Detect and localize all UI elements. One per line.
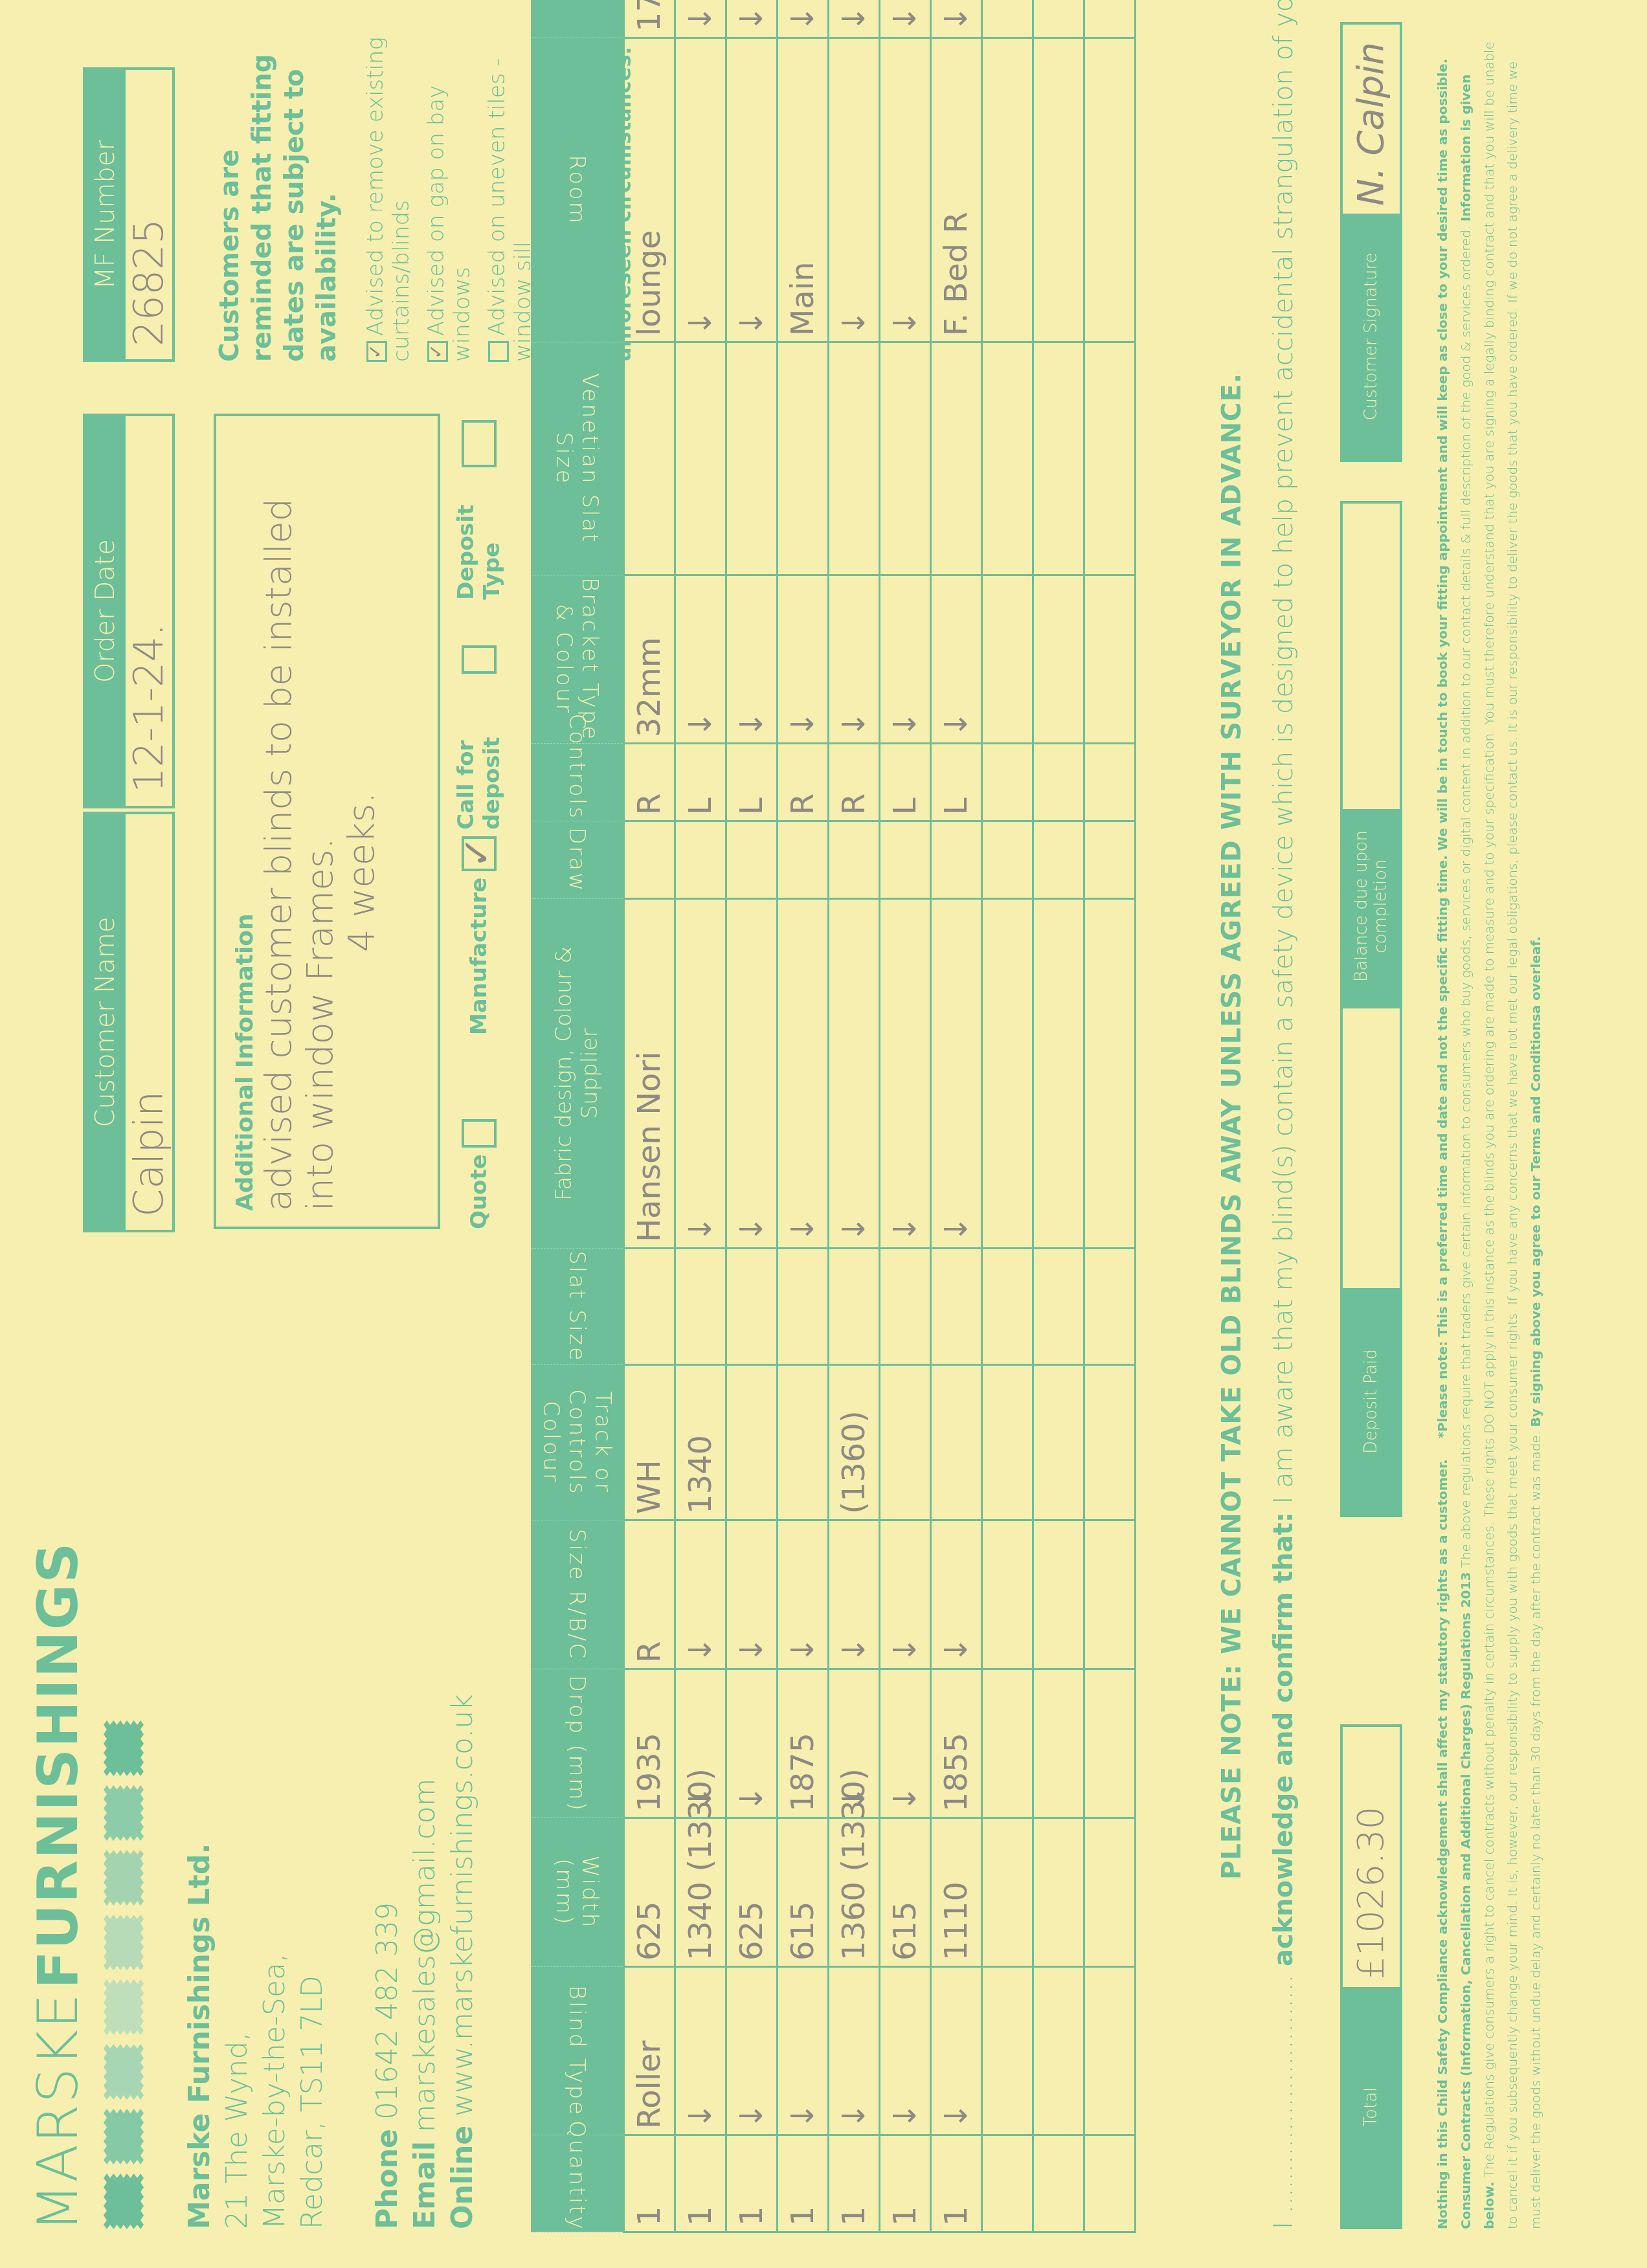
cell-drop[interactable]: ↓ (829, 1669, 880, 1818)
col-width: Width (mm) (531, 1818, 624, 1967)
cell-quantity[interactable]: 1 (675, 2135, 726, 2232)
cell-fabric[interactable]: ↓ (829, 899, 880, 1249)
cell-fabric[interactable]: ↓ (880, 899, 931, 1249)
cell-track-colour[interactable]: WH (624, 1365, 675, 1520)
cell-control-length[interactable] (1084, 0, 1136, 38)
cell-blind-type[interactable] (982, 1967, 1033, 2135)
cell-venetian-slat[interactable] (982, 342, 1033, 575)
cell-draw[interactable] (880, 821, 931, 899)
cell-size[interactable]: ↓ (829, 1520, 880, 1669)
cell-track-colour[interactable] (726, 1365, 778, 1520)
additional-info-line-2: into window Frames. (300, 432, 341, 1211)
swatch-icon (104, 1979, 144, 2035)
cell-room[interactable]: F. Bed R (931, 38, 982, 342)
cell-track-colour[interactable]: 1340 (675, 1365, 726, 1520)
ack-name-blank[interactable]: I ............................. (1269, 1975, 1299, 2229)
manufacture-checkbox[interactable] (462, 836, 497, 871)
cell-room[interactable] (1084, 38, 1136, 342)
balance-due-box: Balance due upon completion (1340, 501, 1402, 1006)
deposit-paid-field[interactable] (1343, 1008, 1400, 1288)
ack-text: I am aware that my blind(s) contain a sa… (1269, 0, 1299, 1504)
cell-size[interactable] (1033, 1520, 1084, 1669)
cell-room[interactable]: lounge (624, 38, 675, 342)
cell-track-colour[interactable] (880, 1365, 931, 1520)
col-venetian-slat: Venetian Slat Size (531, 342, 624, 575)
cell-bracket[interactable] (1033, 575, 1084, 744)
table-row: 1↓6151875↓↓R↓Main↓£118.80 (778, 0, 829, 2232)
cell-size[interactable] (1084, 1520, 1136, 1669)
cell-width[interactable] (1084, 1818, 1136, 1967)
cell-blind-type[interactable]: ↓ (778, 1967, 829, 2135)
additional-info-box[interactable]: Additional Information advised customer … (214, 414, 440, 1229)
cell-control-length[interactable]: ↓ (778, 0, 829, 38)
col-room: Room (531, 38, 624, 342)
mf-number-label: MF Number (85, 70, 126, 359)
order-date-box: Order Date 12-1-24. (83, 414, 175, 808)
col-bracket: Bracket Type & Colour (531, 575, 624, 744)
cell-blind-type[interactable]: ↓ (880, 1967, 931, 2135)
email-label: Email (409, 2141, 442, 2229)
cell-bracket[interactable]: ↓ (778, 575, 829, 744)
cell-size[interactable]: ↓ (726, 1520, 778, 1669)
swatch-icon (104, 2173, 144, 2229)
cell-draw[interactable] (1033, 821, 1084, 899)
statutory-rights-text: Nothing in this Child Safety Compliance … (1435, 1459, 1450, 2229)
cell-controls[interactable]: L (726, 744, 778, 821)
deposit-paid-label: Deposit Paid (1343, 1288, 1400, 1515)
cell-fabric[interactable] (1033, 899, 1084, 1249)
cell-drop[interactable] (1033, 1669, 1084, 1818)
cell-blind-type[interactable] (1033, 1967, 1084, 2135)
logo-bold-text: FURNISHINGS (26, 1542, 91, 1989)
regulations-title: Consumer Contracts (Information, Cancell… (1458, 1572, 1473, 2229)
cell-size[interactable]: ↓ (778, 1520, 829, 1669)
cell-venetian-slat[interactable] (931, 342, 982, 575)
cell-bracket[interactable] (982, 575, 1033, 744)
cell-control-length[interactable] (1033, 0, 1084, 38)
cell-drop[interactable]: 1855 (931, 1669, 982, 1818)
cell-bracket[interactable]: 32mm (624, 575, 675, 744)
cell-venetian-slat[interactable] (1084, 342, 1136, 575)
cell-controls[interactable] (982, 744, 1033, 821)
reminder-check-2[interactable]: ✓Advised on gap on bay windows (423, 25, 475, 362)
cell-drop[interactable]: 1875 (778, 1669, 829, 1818)
col-draw: Draw (531, 821, 624, 899)
cell-draw[interactable] (1084, 821, 1136, 899)
online-label: Online (446, 2126, 479, 2229)
table-row: £1026.30 (1033, 0, 1084, 2232)
table-row: 1↓1360 (1330)↓↓(1360)↓R↓↓↓£194.70 (829, 0, 880, 2232)
cell-width[interactable]: 1360 (1330) (829, 1818, 880, 1967)
spiral-swatch-icon (104, 1720, 144, 1776)
cell-quantity[interactable] (982, 2135, 1033, 2232)
company-address: Marske Furnishings Ltd. 21 The Wynd, Mar… (181, 1843, 331, 2229)
table-row: 1↓11101855↓↓L↓F. Bed R↓£161.70 (931, 0, 982, 2232)
cell-draw[interactable] (675, 821, 726, 899)
cell-blind-type[interactable]: ↓ (931, 1967, 982, 2135)
reminder-check-3[interactable]: Advised on uneven tiles - window sill (484, 25, 536, 362)
call-for-deposit-label: Call for deposit (453, 680, 505, 830)
cell-draw[interactable] (829, 821, 880, 899)
swatch-icon (104, 1915, 144, 1970)
col-control-length: Control Length (531, 0, 624, 38)
cell-controls[interactable]: R (624, 744, 675, 821)
cell-controls[interactable]: R (829, 744, 880, 821)
order-form-page: MARSKE FURNISHINGS Marske Furnishings Lt… (0, 0, 1647, 2268)
website-link: www.marskefurnishings.co.uk (446, 1694, 479, 2116)
cell-fabric[interactable]: Hansen Nori (624, 899, 675, 1249)
table-row: 1Roller6251935RWHHansen NoriR32mmlounge1… (624, 0, 675, 2232)
cell-bracket[interactable]: ↓ (675, 575, 726, 744)
cell-quantity[interactable]: 1 (880, 2135, 931, 2232)
col-slat-size: Slat Size (531, 1249, 624, 1365)
col-blind-type: Blind Type (531, 1967, 624, 2135)
cell-size[interactable]: ↓ (880, 1520, 931, 1669)
swatch-icon (104, 2109, 144, 2164)
cell-drop[interactable] (982, 1669, 1033, 1818)
legal-fine-print: Nothing in this Child Safety Compliance … (1431, 28, 1547, 2229)
company-name: Marske Furnishings Ltd. (183, 1843, 216, 2229)
cell-fabric[interactable]: ↓ (931, 899, 982, 1249)
cell-room[interactable]: ↓ (726, 38, 778, 342)
address-line-3: Redcar, TS11 7LD (294, 1843, 331, 2229)
additional-info-line-1: advised customer blinds to be installed (258, 432, 300, 1211)
company-contact: Phone 01642 482 339 Email marskesales@gm… (369, 1694, 482, 2229)
cell-drop[interactable]: 1935 (624, 1669, 675, 1818)
additional-info-title: Additional Information (232, 432, 258, 1211)
cell-drop[interactable]: ↓ (675, 1669, 726, 1818)
customer-name-label: Customer Name (85, 814, 126, 1230)
company-logo: MARSKE FURNISHINGS (26, 1542, 91, 2232)
cell-venetian-slat[interactable] (778, 342, 829, 575)
cell-controls[interactable]: L (931, 744, 982, 821)
cell-slat-size[interactable] (778, 1249, 829, 1365)
cell-control-length[interactable]: ↓ (880, 0, 931, 38)
cell-size[interactable]: ↓ (675, 1520, 726, 1669)
cell-controls[interactable]: L (675, 744, 726, 821)
cell-draw[interactable] (982, 821, 1033, 899)
deposit-paid-box: Deposit Paid (1340, 1006, 1402, 1517)
swatch-icon (104, 1785, 144, 1841)
old-blinds-notice: PLEASE NOTE: WE CANNOT TAKE OLD BLINDS A… (1217, 373, 1247, 1880)
cell-slat-size[interactable] (675, 1249, 726, 1365)
deposit-type-label: Deposit Type (453, 474, 505, 600)
address-line-1: 21 The Wynd, (219, 1843, 256, 2229)
mf-number-field[interactable]: 26825 (126, 70, 172, 359)
checkbox-empty-icon[interactable] (488, 341, 509, 362)
cell-quantity[interactable]: 1 (726, 2135, 778, 2232)
cell-bracket[interactable] (1084, 575, 1136, 744)
cell-drop[interactable]: ↓ (880, 1669, 931, 1818)
cell-width[interactable]: 1340 (1330) (675, 1818, 726, 1967)
additional-info-line-3: 4 weeks. (341, 432, 383, 1211)
table-row: 1↓625↓↓↓L↓↓↓£118.80 (726, 0, 778, 2232)
cell-slat-size[interactable] (1033, 1249, 1084, 1365)
ack-bold-text: acknowledge and confirm that: (1269, 1512, 1299, 1966)
col-size: Size R/B/C (531, 1520, 624, 1669)
cell-blind-type[interactable] (1084, 1967, 1136, 2135)
table-row: 1↓615↓↓↓L↓↓↓£118.80 (880, 0, 931, 2232)
reminder-check-1[interactable]: ✓Advised to remove existing curtains/bli… (363, 25, 414, 362)
quote-label: Quote (466, 1154, 492, 1229)
cell-track-colour[interactable] (778, 1365, 829, 1520)
cell-fabric[interactable] (1084, 899, 1136, 1249)
cell-control-length[interactable]: ↓ (829, 0, 880, 38)
cell-control-length[interactable]: 1700 (624, 0, 675, 38)
cell-venetian-slat[interactable] (624, 342, 675, 575)
logo-light-text: MARSKE (26, 1992, 91, 2232)
swatch-icon (104, 2044, 144, 2100)
cell-control-length[interactable] (982, 0, 1033, 38)
cell-venetian-slat[interactable] (1033, 342, 1084, 575)
email-address: marskesales@gmail.com (409, 1779, 442, 2133)
fitting-dates-notice: Customers are reminded that fitting date… (214, 25, 343, 362)
cell-room[interactable]: ↓ (675, 38, 726, 342)
col-controls: Controls (531, 744, 624, 821)
cell-width[interactable]: 615 (778, 1818, 829, 1967)
cell-width[interactable]: 625 (624, 1818, 675, 1967)
quote-checkbox[interactable] (462, 1119, 497, 1148)
cell-room[interactable] (982, 38, 1033, 342)
cell-quantity[interactable]: 1 (778, 2135, 829, 2232)
order-date-label: Order Date (85, 416, 126, 806)
table-row (1084, 0, 1136, 2232)
balance-due-label: Balance due upon completion (1343, 809, 1400, 1003)
order-options-row: Quote Manufacture Call for deposit Depos… (453, 414, 505, 1229)
cell-bracket[interactable]: ↓ (880, 575, 931, 744)
cell-track-colour[interactable] (1084, 1365, 1136, 1520)
cell-control-length[interactable]: ↓ (675, 0, 726, 38)
cell-bracket[interactable]: ↓ (726, 575, 778, 744)
table-row: 1↓1340 (1330)↓↓1340↓L↓↓↓£194.70 (675, 0, 726, 2232)
cell-quantity[interactable] (1084, 2135, 1136, 2232)
cell-drop[interactable]: ↓ (726, 1669, 778, 1818)
order-date-field[interactable]: 12-1-24. (126, 416, 172, 806)
cell-venetian-slat[interactable] (829, 342, 880, 575)
cell-controls[interactable] (1033, 744, 1084, 821)
swatch-icon (104, 1850, 144, 1906)
cell-slat-size[interactable] (880, 1249, 931, 1365)
cell-room[interactable] (1033, 38, 1084, 342)
total-label: Total (1343, 1987, 1400, 2227)
cell-control-length[interactable]: ↓ (726, 0, 778, 38)
cell-fabric[interactable]: ↓ (726, 899, 778, 1249)
cell-blind-type[interactable]: ↓ (829, 1967, 880, 2135)
cell-venetian-slat[interactable] (726, 342, 778, 575)
cell-slat-size[interactable] (1084, 1249, 1136, 1365)
cell-track-colour[interactable] (982, 1365, 1033, 1520)
cell-draw[interactable] (624, 821, 675, 899)
cell-bracket[interactable]: ↓ (829, 575, 880, 744)
cell-size[interactable]: ↓ (931, 1520, 982, 1669)
cell-width[interactable]: 615 (880, 1818, 931, 1967)
cell-blind-type[interactable]: ↓ (726, 1967, 778, 2135)
cell-blind-type[interactable]: Roller (624, 1967, 675, 2135)
child-safety-acknowledgement: I ............................. acknowle… (1269, 0, 1299, 2229)
cell-drop[interactable] (1084, 1669, 1136, 1818)
cell-width[interactable] (1033, 1818, 1084, 1967)
col-drop: Drop (mm) (531, 1669, 624, 1818)
total-field[interactable]: £1026.30 (1343, 1727, 1400, 1987)
customer-name-field[interactable]: Calpin (126, 814, 172, 1230)
cell-room[interactable]: Main (778, 38, 829, 342)
table-header-row: Quantity Blind Type Width (mm) Drop (mm)… (531, 0, 624, 2232)
customer-signature-box: Customer Signature N. Calpin (1340, 22, 1402, 462)
cell-quantity[interactable] (1033, 2135, 1084, 2232)
cell-slat-size[interactable] (931, 1249, 982, 1365)
cell-width[interactable]: 1110 (931, 1818, 982, 1967)
balance-due-field[interactable] (1343, 504, 1400, 809)
customer-name-box: Customer Name Calpin (83, 812, 175, 1232)
cell-quantity[interactable]: 1 (931, 2135, 982, 2232)
cell-slat-size[interactable] (982, 1249, 1033, 1365)
cell-fabric[interactable]: ↓ (675, 899, 726, 1249)
col-quantity: Quantity (531, 2135, 624, 2232)
cell-draw[interactable] (778, 821, 829, 899)
cell-room[interactable]: ↓ (829, 38, 880, 342)
cell-fabric[interactable]: ↓ (778, 899, 829, 1249)
cell-slat-size[interactable] (829, 1249, 880, 1365)
cell-blind-type[interactable]: ↓ (675, 1967, 726, 2135)
phone-number: 01642 482 339 (371, 1902, 404, 2120)
cell-room[interactable]: ↓ (880, 38, 931, 342)
cell-width[interactable] (982, 1818, 1033, 1967)
customer-signature-field[interactable]: N. Calpin (1343, 25, 1400, 214)
cell-slat-size[interactable] (624, 1249, 675, 1365)
cell-quantity[interactable]: 1 (829, 2135, 880, 2232)
cell-venetian-slat[interactable] (675, 342, 726, 575)
cell-quantity[interactable]: 1 (624, 2135, 675, 2232)
cell-track-colour[interactable]: (1360) (829, 1365, 880, 1520)
address-line-2: Marske-by-the-Sea, (256, 1843, 294, 2229)
phone-label: Phone (371, 2129, 404, 2229)
order-table: Quantity Blind Type Width (mm) Drop (mm)… (531, 0, 1136, 2233)
table-row (982, 0, 1033, 2232)
call-for-deposit-checkbox[interactable] (462, 645, 497, 674)
cell-width[interactable]: 625 (726, 1818, 778, 1967)
customer-signature-label: Customer Signature (1343, 214, 1400, 460)
cell-draw[interactable] (726, 821, 778, 899)
cell-track-colour[interactable] (931, 1365, 982, 1520)
cell-size[interactable]: R (624, 1520, 675, 1669)
checkbox-checked-icon[interactable]: ✓ (366, 341, 387, 362)
checkbox-checked-icon[interactable]: ✓ (427, 341, 448, 362)
cell-size[interactable] (982, 1520, 1033, 1669)
cell-track-colour[interactable] (1033, 1365, 1084, 1520)
col-fabric: Fabric design, Colour & Supplier (531, 899, 624, 1249)
preferred-time-note: *Please note: This is a preferred time a… (1435, 59, 1450, 1439)
col-track-colour: Track or Controls Colour (531, 1365, 624, 1520)
cell-controls[interactable]: L (880, 744, 931, 821)
cell-venetian-slat[interactable] (880, 342, 931, 575)
cell-slat-size[interactable] (726, 1249, 778, 1365)
cell-controls[interactable]: R (778, 744, 829, 821)
mf-number-box: MF Number 26825 (83, 67, 175, 362)
regulations-text-1: The above regulations require that trade… (1458, 226, 1473, 1568)
manufacture-label: Manufacture (466, 878, 492, 1035)
cell-draw[interactable] (931, 821, 982, 899)
cell-controls[interactable] (1084, 744, 1136, 821)
total-box: Total £1026.30 (1340, 1724, 1402, 2229)
deposit-type-field[interactable] (462, 420, 497, 467)
cell-bracket[interactable]: ↓ (931, 575, 982, 744)
cell-control-length[interactable]: ↓ (931, 0, 982, 38)
cell-fabric[interactable] (982, 899, 1033, 1249)
terms-agreement: By signing above you agree to our Terms … (1528, 936, 1543, 1427)
